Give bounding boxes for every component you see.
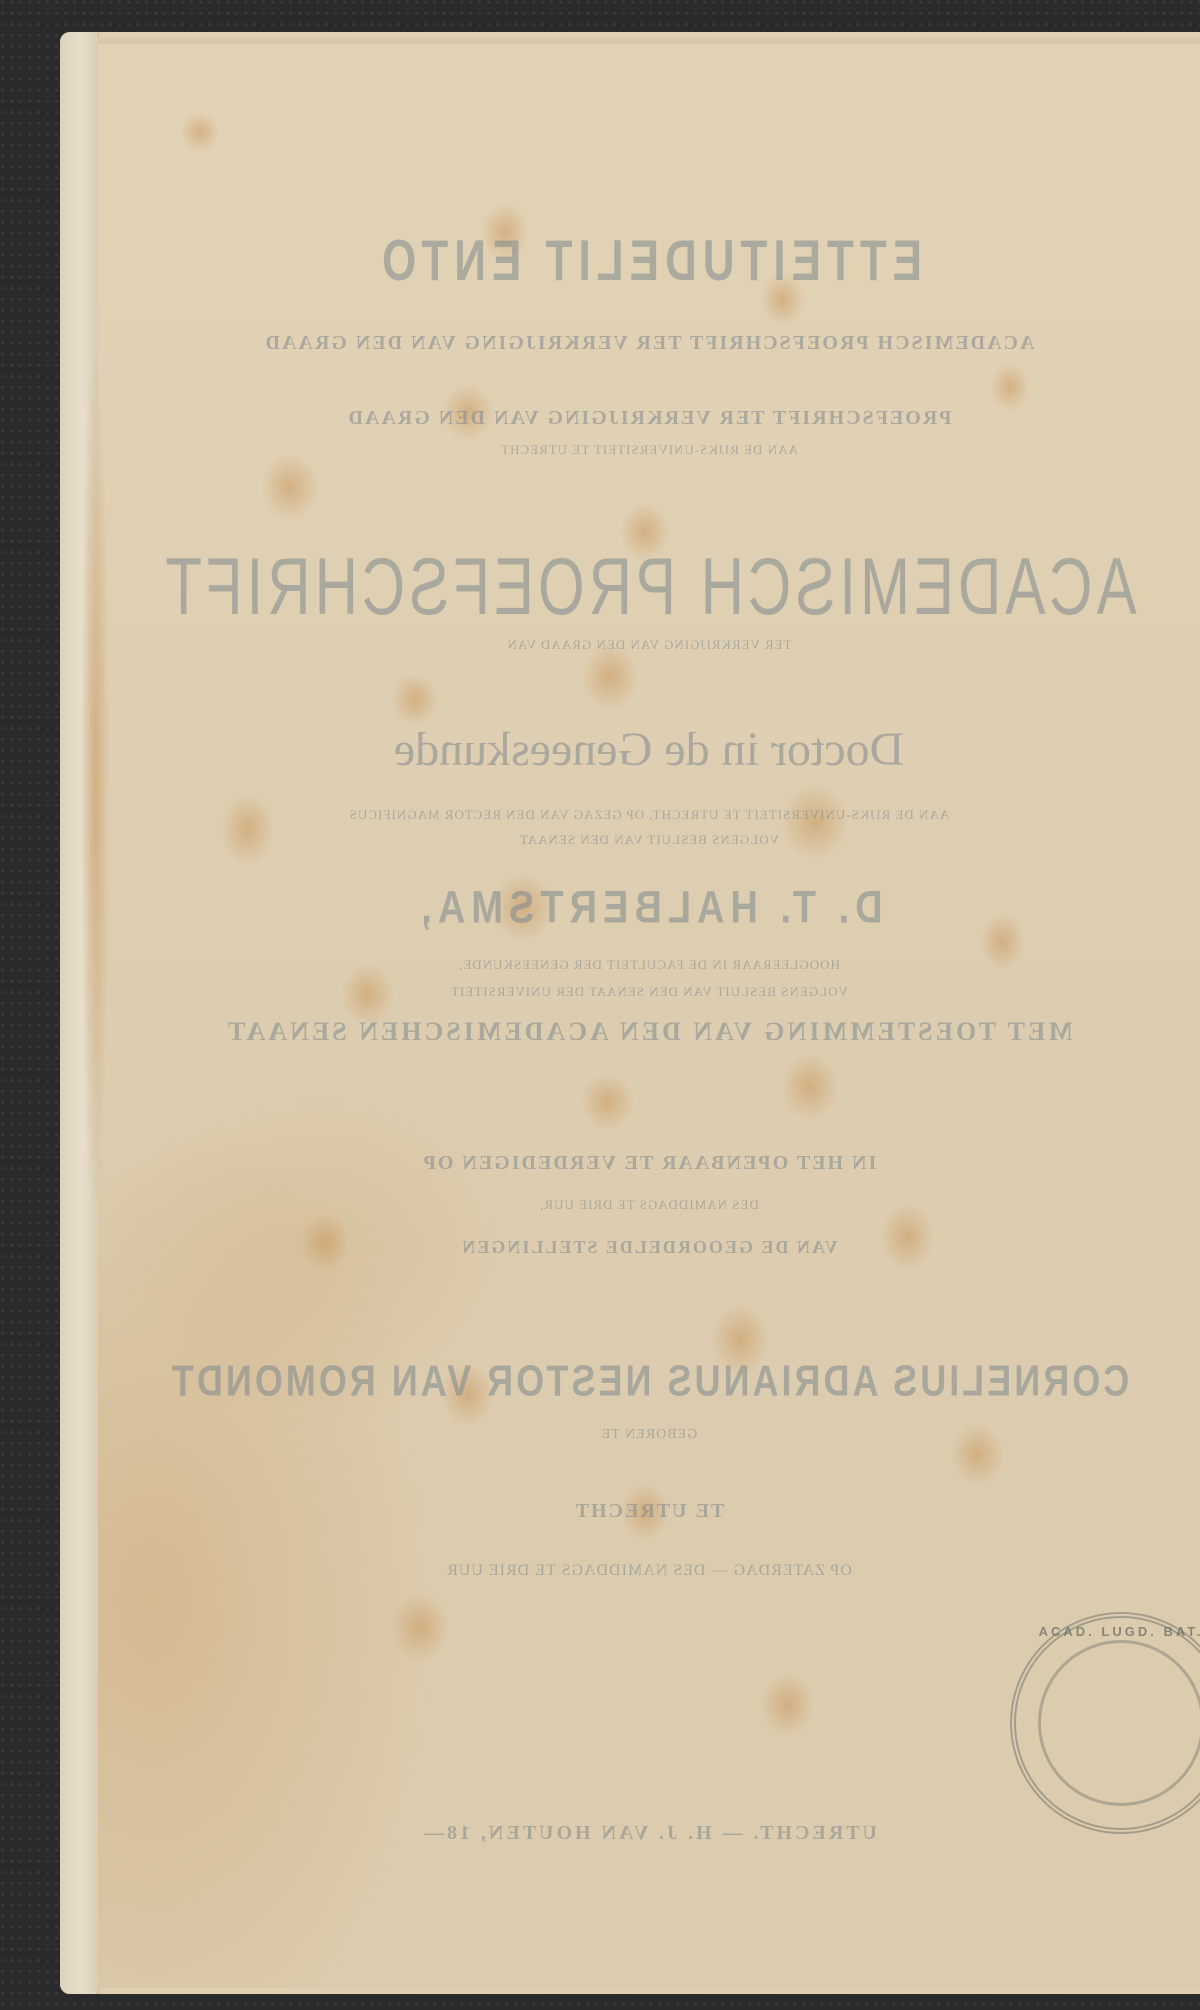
subtitle-line-3: MET TOESTEMMING VAN DEN ACADEMISCHEN SEN…	[98, 1017, 1200, 1047]
small-line-5: HOOGLEERAAR IN DE FACULTEIT DER GENEESKU…	[98, 957, 1200, 973]
small-line-3: AAN DE RIJKS-UNIVERSITEIT TE UTRECHT, OP…	[98, 807, 1200, 823]
doctor-line: Doctor in de Geneeskunde	[98, 722, 1200, 777]
title-line-2: ACADEMISCH PROEFSCHRIFT	[98, 540, 1200, 633]
subtitle-line-5: VAN DE GEOORDELDE STELLINGEN	[98, 1237, 1200, 1258]
place-line: TE UTRECHT	[98, 1500, 1200, 1523]
author-name: CORNELIUS ADRIANUS NESTOR VAN ROMONDT	[98, 1356, 1200, 1406]
small-line-7: DES NAMIDDAGS TE DRIE UUR,	[98, 1197, 1200, 1213]
rector-name: D. T. HALBERTSMA,	[98, 883, 1200, 935]
small-line-2: TER VERKRIJGING VAN DEN GRAAD VAN	[98, 637, 1200, 653]
stamp-text: ACAD. LUGD. BAT.	[1016, 1624, 1200, 1639]
page-fold-edge	[60, 32, 99, 1994]
small-line-1: AAN DE RIJKS-UNIVERSITEIT TE UTRECHT	[98, 442, 1200, 458]
birth-line: GEBOREN TE	[98, 1427, 1200, 1443]
subtitle-line-2: PROEFSCHRIFT TER VERKRIJGING VAN DEN GRA…	[98, 407, 1200, 430]
paper-page: ETTEITUDELIT ENTO ACADEMISCH PROEFSCHRIF…	[60, 32, 1200, 1994]
subtitle-line-1: ACADEMISCH PROEFSCHRIFT TER VERKRIJGING …	[98, 332, 1200, 355]
subtitle-line-4: IN HET OPENBAAR TE VERDEDIGEN OP	[98, 1152, 1200, 1175]
date-line: OP ZATERDAG — DES NAMIDDAGS TE DRIE UUR	[98, 1562, 1200, 1580]
small-line-6: VOLGENS BESLUIT VAN DEN SENAAT DER UNIVE…	[98, 984, 1200, 1000]
imprint-line: UTRECHT. — H. J. VAN HOUTEN, 18—	[98, 1822, 1200, 1845]
small-line-4: VOLGENS BESLUIT VAN DEN SENAAT	[98, 832, 1200, 848]
title-line-1: ETTEITUDELIT ENTO	[98, 230, 1200, 295]
stamp-inner-ring	[1038, 1640, 1200, 1806]
